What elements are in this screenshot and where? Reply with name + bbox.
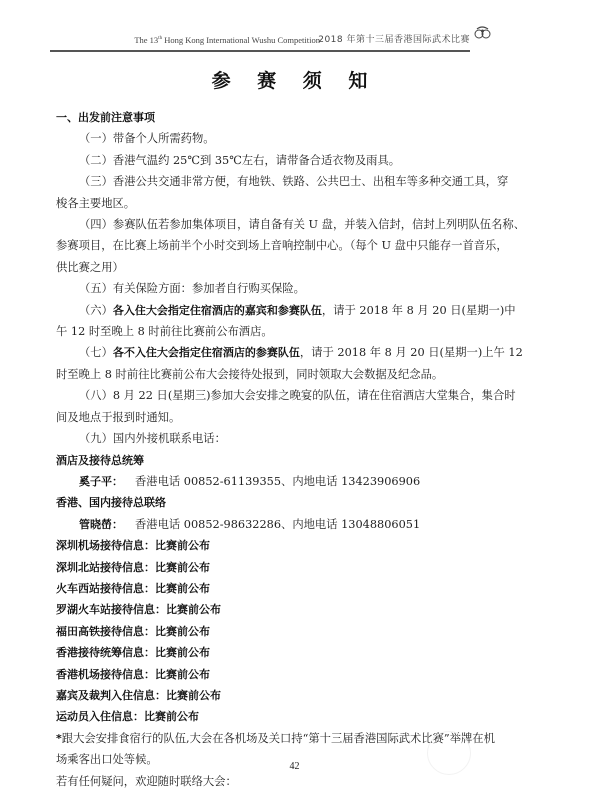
item-9: （九）国内外接机联系电话： (56, 428, 476, 449)
reception-info-item: 火车西站接待信息：比赛前公布 (56, 578, 476, 599)
item-4: （四）参赛队伍若参加集体项目，请自备有关 U 盘，并装入信封，信封上列明队伍名称… (56, 214, 476, 235)
item-8-cont: 间及地点于报到时通知。 (56, 407, 476, 428)
closing-line: 若有任何疑问，欢迎随时联络大会： (56, 771, 476, 792)
section-heading: 一、出发前注意事项 (56, 107, 476, 128)
item-2: （二）香港气温约 25℃到 35℃左右，请带备合适衣物及雨具。 (56, 150, 476, 171)
item-3-cont: 梭各主要地区。 (56, 193, 476, 214)
item-7: （七）各不入住大会指定住宿酒店的参赛队伍，请于 2018 年 8 月 20 日(… (56, 342, 476, 363)
item-6: （六）各入住大会指定住宿酒店的嘉宾和参赛队伍，请于 2018 年 8 月 20 … (56, 300, 476, 321)
reception-info-item: 福田高铁接待信息：比赛前公布 (56, 621, 476, 642)
header-chinese-title: 2018 年第十三届香港国际武术比赛 (318, 32, 470, 45)
item-7-cont: 时至晚上 8 时前往比赛前公布大会接待处报到，同时领取大会数据及纪念品。 (56, 364, 476, 385)
item-4-cont: 参赛项目，在比赛上场前半个小时交到场上音响控制中心。（每个 U 盘中只能存一首音… (56, 235, 476, 256)
liaison-contact: 管晓嵤：香港电话 00852-98632286、内地电话 13048806051 (56, 514, 476, 535)
header-english-title: The 13th Hong Kong International Wushu C… (134, 35, 320, 45)
reception-info-item: 香港机场接待信息：比赛前公布 (56, 664, 476, 685)
reception-info-item: 深圳机场接待信息：比赛前公布 (56, 535, 476, 556)
item-5: （五）有关保险方面：参加者自行购买保险。 (56, 278, 476, 299)
document-body: 一、出发前注意事项 （一）带备个人所需药物。 （二）香港气温约 25℃到 35℃… (56, 107, 476, 792)
reception-info-item: 运动员入住信息：比赛前公布 (56, 706, 476, 727)
note-line: *跟大会安排食宿行的队伍,大会在各机场及关口持“第十三届香港国际武术比赛”举牌在… (56, 728, 476, 749)
page-header: The 13th Hong Kong International Wushu C… (50, 24, 470, 52)
item-4-cont2: 供比赛之用） (56, 257, 476, 278)
item-1: （一）带备个人所需药物。 (56, 128, 476, 149)
reception-info-item: 罗湖火车站接待信息：比赛前公布 (56, 599, 476, 620)
competition-logo-icon (474, 26, 491, 40)
liaison-heading: 香港、国内接待总联络 (56, 492, 476, 513)
hotel-contact: 奚子平：香港电话 00852-61139355、内地电话 13423906906 (56, 471, 476, 492)
hotel-coordination-heading: 酒店及接待总统筹 (56, 450, 476, 471)
page-title: 参 赛 须 知 (0, 66, 589, 93)
page-number: 42 (0, 761, 589, 772)
reception-info-item: 香港接待统筹信息：比赛前公布 (56, 642, 476, 663)
item-6-cont: 午 12 时至晚上 8 时前往比赛前公布酒店。 (56, 321, 476, 342)
item-8: （八）8 月 22 日(星期三)参加大会安排之晚宴的队伍，请在住宿酒店大堂集合，… (56, 385, 476, 406)
reception-info-item: 深圳北站接待信息：比赛前公布 (56, 557, 476, 578)
item-3: （三）香港公共交通非常方便，有地铁、铁路、公共巴士、出租车等多种交通工具，穿 (56, 171, 476, 192)
reception-info-item: 嘉宾及裁判入住信息：比赛前公布 (56, 685, 476, 706)
